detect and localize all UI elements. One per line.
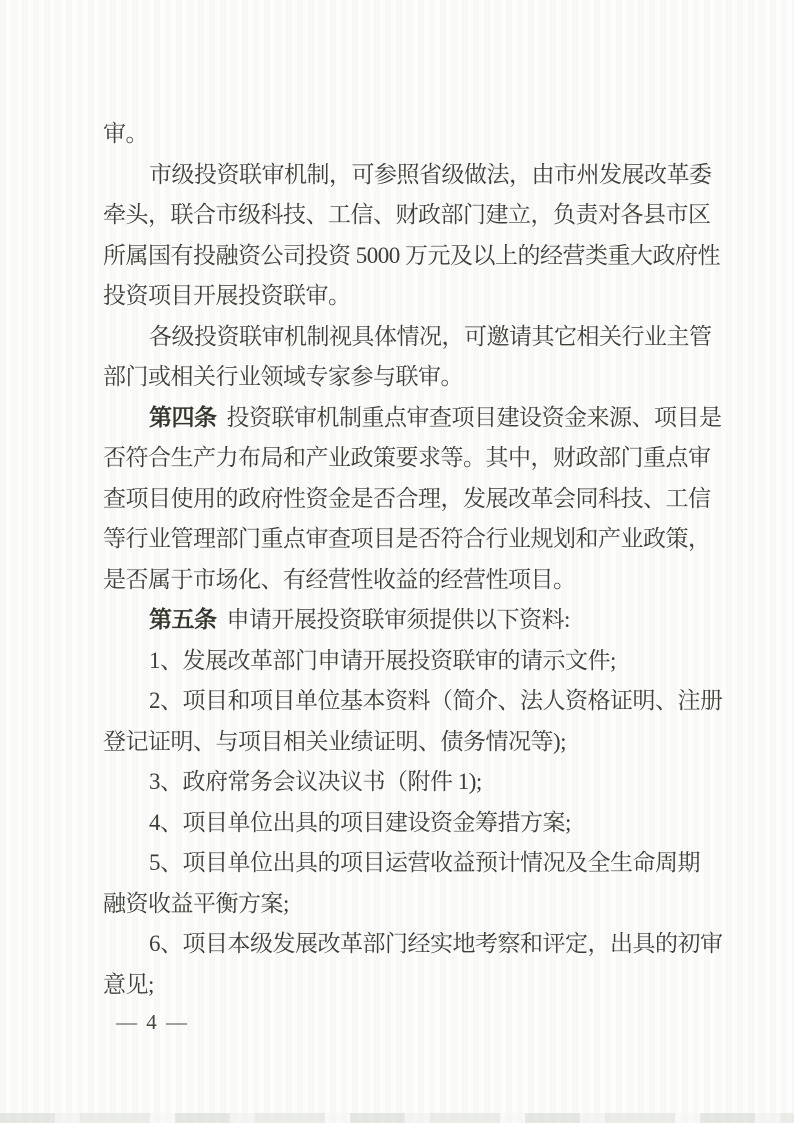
line-text: 所属国有投融资公司投资 5000 万元及以上的经营类重大政府性: [103, 243, 720, 268]
line-text: 6、项目本级发展改革部门经实地考察和评定，出具的初审: [149, 931, 723, 956]
line-text: 1、发展改革部门申请开展投资联审的请示文件;: [149, 648, 616, 673]
line-text: 登记证明、与项目相关业绩证明、债务情况等);: [103, 729, 566, 754]
document-line: 意见;: [103, 965, 723, 1006]
document-line: 等行业管理部门重点审查项目是否符合行业规划和产业政策，: [103, 519, 723, 560]
line-text: 融资收益平衡方案;: [103, 891, 289, 916]
line-text: 3、政府常务会议决议书（附件 1);: [149, 769, 482, 794]
document-line: 5、项目单位出具的项目运营收益预计情况及全生命周期: [103, 843, 723, 884]
line-text: 投资联审机制重点审查项目建设资金来源、项目是: [227, 405, 722, 430]
line-text: 牵头，联合市级科技、工信、财政部门建立，负责对各县市区: [103, 202, 711, 227]
page-number: — 4 —: [116, 1007, 189, 1037]
line-text: 投资项目开展投资联审。: [103, 283, 351, 308]
article-heading: 第五条: [149, 607, 217, 632]
scan-bottom-edge: [0, 1113, 794, 1123]
document-line: 所属国有投融资公司投资 5000 万元及以上的经营类重大政府性: [103, 236, 723, 277]
document-line: 是否属于市场化、有经营性收益的经营性项目。: [103, 560, 723, 601]
line-text: 4、项目单位出具的项目建设资金筹措方案;: [149, 810, 571, 835]
line-text: 查项目使用的政府性资金是否合理，发展改革会同科技、工信: [103, 486, 711, 511]
line-text: 5、项目单位出具的项目运营收益预计情况及全生命周期: [149, 850, 700, 875]
document-line: 第五条申请开展投资联审须提供以下资料:: [103, 600, 723, 641]
line-text: 各级投资联审机制视具体情况，可邀请其它相关行业主管: [149, 324, 712, 349]
document-line: 审。: [103, 114, 723, 155]
document-line: 3、政府常务会议决议书（附件 1);: [103, 762, 723, 803]
line-text: 2、项目和项目单位基本资料（简介、法人资格证明、注册: [149, 688, 723, 713]
line-text: 部门或相关行业领域专家参与联审。: [103, 364, 463, 389]
line-text: 是否属于市场化、有经营性收益的经营性项目。: [103, 567, 576, 592]
document-body: 审。 市级投资联审机制，可参照省级做法，由市州发展改革委 牵头，联合市级科技、工…: [103, 114, 723, 1005]
line-text: 审。: [103, 121, 148, 146]
document-line: 各级投资联审机制视具体情况，可邀请其它相关行业主管: [103, 317, 723, 358]
document-line: 否符合生产力布局和产业政策要求等。其中，财政部门重点审: [103, 438, 723, 479]
document-line: 部门或相关行业领域专家参与联审。: [103, 357, 723, 398]
document-line: 1、发展改革部门申请开展投资联审的请示文件;: [103, 641, 723, 682]
document-line: 市级投资联审机制，可参照省级做法，由市州发展改革委: [103, 155, 723, 196]
document-line: 查项目使用的政府性资金是否合理，发展改革会同科技、工信: [103, 479, 723, 520]
line-text: 意见;: [103, 972, 154, 997]
line-text: 申请开展投资联审须提供以下资料:: [227, 607, 570, 632]
document-line: 投资项目开展投资联审。: [103, 276, 723, 317]
scanned-document-page: 审。 市级投资联审机制，可参照省级做法，由市州发展改革委 牵头，联合市级科技、工…: [0, 0, 794, 1123]
article-heading: 第四条: [149, 405, 217, 430]
document-line: 6、项目本级发展改革部门经实地考察和评定，出具的初审: [103, 924, 723, 965]
line-text: 市级投资联审机制，可参照省级做法，由市州发展改革委: [149, 162, 712, 187]
document-line: 第四条投资联审机制重点审查项目建设资金来源、项目是: [103, 398, 723, 439]
document-line: 牵头，联合市级科技、工信、财政部门建立，负责对各县市区: [103, 195, 723, 236]
line-text: 等行业管理部门重点审查项目是否符合行业规划和产业政策，: [103, 526, 711, 551]
document-line: 2、项目和项目单位基本资料（简介、法人资格证明、注册: [103, 681, 723, 722]
document-line: 4、项目单位出具的项目建设资金筹措方案;: [103, 803, 723, 844]
line-text: 否符合生产力布局和产业政策要求等。其中，财政部门重点审: [103, 445, 711, 470]
document-line: 登记证明、与项目相关业绩证明、债务情况等);: [103, 722, 723, 763]
document-line: 融资收益平衡方案;: [103, 884, 723, 925]
